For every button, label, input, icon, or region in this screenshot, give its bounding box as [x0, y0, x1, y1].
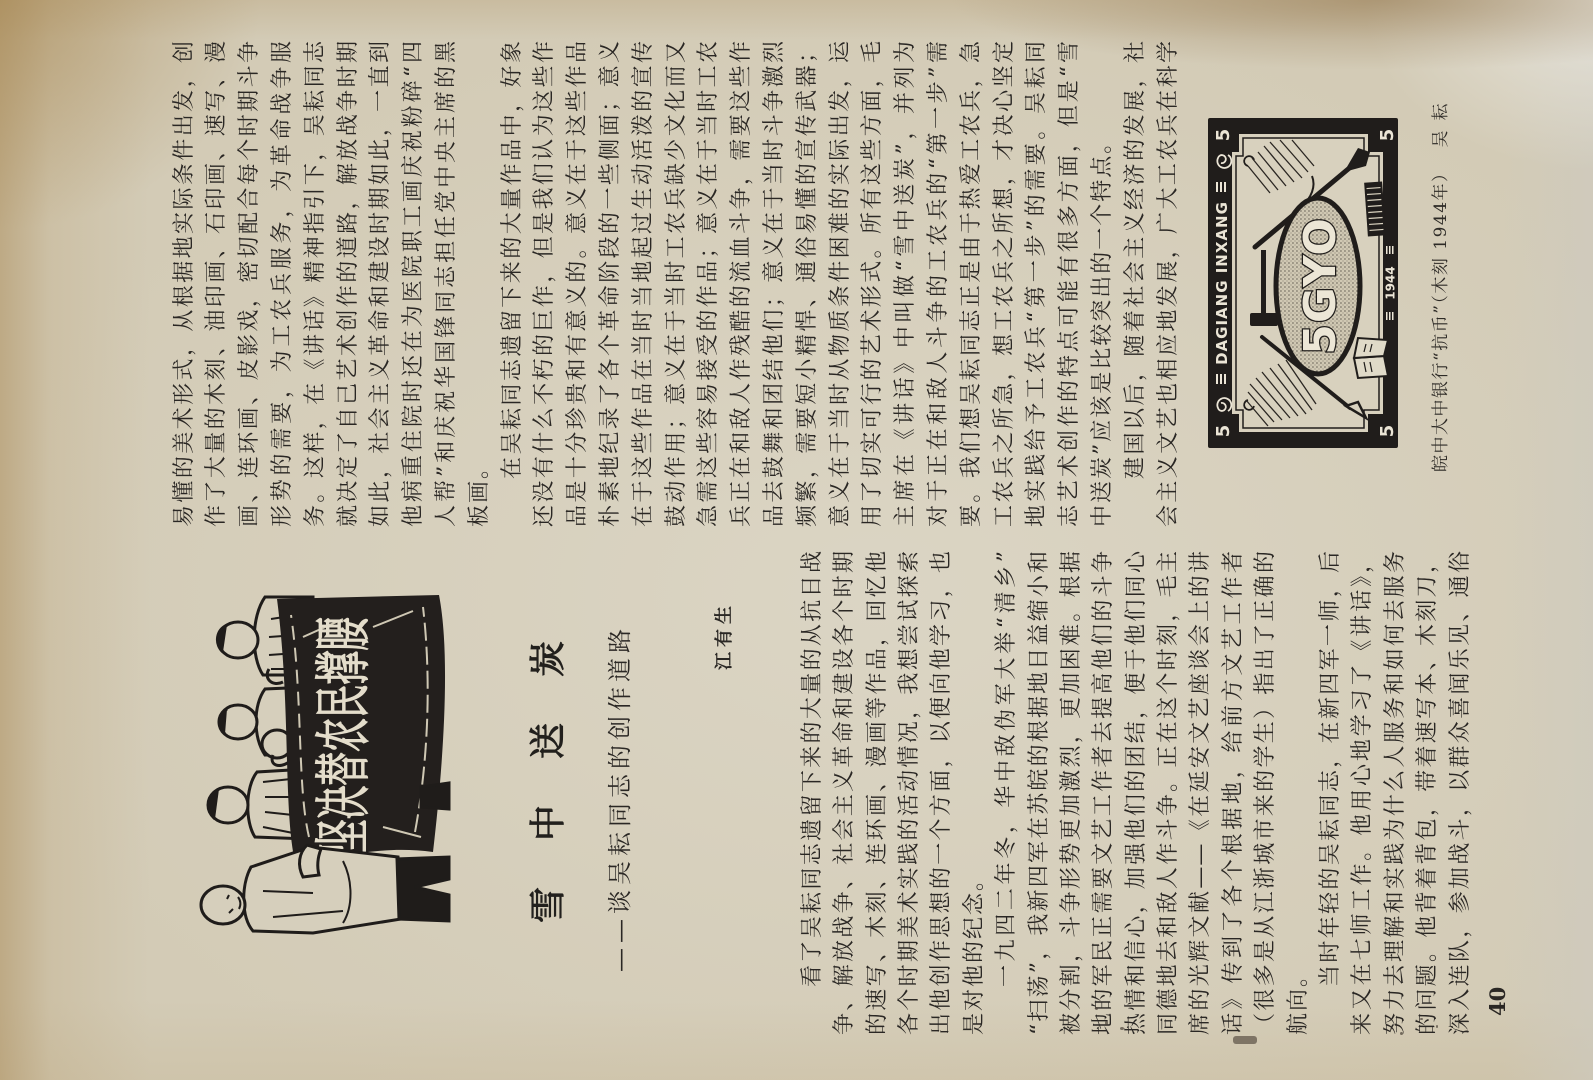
text-line: 主席在《讲话》中叫做“雪中送炭”，并列为 [890, 40, 923, 527]
banner-text: 坚决替农民撑腰 [311, 616, 377, 853]
text-line: 来又在七师工作。他用心地学习了《讲话》， [1347, 550, 1379, 1035]
text-line: 话》传到了各个根据地，给前方文艺工作者 [1218, 550, 1250, 1035]
ink-speck [1436, 1025, 1438, 1028]
text-line: “扫荡”，我新四军在苏皖的根据地日益缩小和 [1024, 550, 1056, 1035]
text-line: 争、解放战争、社会主义革命和建设各个时期 [829, 550, 861, 1035]
denomination-text: 5GYO [1295, 217, 1346, 354]
article-left-column: 看了吴耘同志遗留下来的大量的从抗日战 争、解放战争、社会主义革命和建设各个时期 … [797, 550, 1477, 1035]
page-number: 40 [1486, 987, 1510, 1016]
corner-value-top-right: 5 [1213, 129, 1234, 142]
text-line: 中送炭”应该是比较突出的一个特点。 [1087, 40, 1120, 527]
text-line: 工农兵之所急，想工农兵之所想，才决心坚定 [989, 40, 1022, 527]
text-line: 易懂的美术形式，从根据地实际条件出发，创 [169, 40, 202, 527]
text-line: 作了大量的木刻、油印画、石印画、速写、漫 [201, 40, 234, 527]
text-line: 建国以后，随着社会主义经济的发展，社 [1120, 40, 1153, 527]
article-right-column: 易懂的美术形式，从根据地实际条件出发，创 作了大量的木刻、油印画、石印画、速写、… [169, 40, 1186, 527]
paragraph: 易懂的美术形式，从根据地实际条件出发，创 作了大量的木刻、油印画、石印画、速写、… [169, 40, 497, 527]
text-line: 热情和信心，加强他们的团结，便于他们同心 [1121, 550, 1153, 1035]
text-line: 的问题。他背着背包，带着速写本、木刻刀， [1412, 550, 1444, 1035]
text-line: 地实践给予工农兵“第一步”的需要。吴耘同 [1021, 40, 1054, 527]
text-line: 鼓动作用；意义在于当时工农兵缺少文化而又 [661, 40, 694, 527]
text-line: 人帮”和庆祝华国锋同志担任党中央主席的黑 [431, 40, 464, 527]
paragraph: 看了吴耘同志遗留下来的大量的从抗日战 争、解放战争、社会主义革命和建设各个时期 … [797, 550, 991, 1035]
ink-speck [1105, 1021, 1108, 1025]
text-line: 他病重住院时还在为医院职工画庆祝粉碎“四 [398, 40, 431, 527]
text-line: 对于正在和敌人斗争的工农兵的“第一步”需 [923, 40, 956, 527]
article-subtitle: ——谈吴耘同志的创作道路 [606, 624, 634, 972]
text-line: 在吴耘同志遗留下来的大量作品中，好象 [497, 40, 530, 527]
book-icon [1354, 338, 1388, 378]
text-line: 急需这些容易接受的作品；意义在于当时工农 [693, 40, 726, 527]
corner-value-bottom-left: 5 [1377, 425, 1398, 438]
text-line: 会主义文艺也相应地发展，广大工农兵在科学 [1153, 40, 1186, 527]
ink-speck [1400, 1032, 1403, 1035]
paragraph: 当时年轻的吴耘同志，在新四军一师，后 来又在七师工作。他用心地学习了《讲话》， … [1315, 550, 1477, 1035]
figure-caption: 皖中大中银行“抗币”（木刻 1944年） 吴耘 [1430, 93, 1452, 472]
article-author: 江有生 [714, 601, 736, 670]
text-line: 兵正在和敌人作残酷的流血斗争，需要这些作 [726, 40, 759, 527]
text-line: 就决定了自己艺术创作的道路，解放战争时期 [333, 40, 366, 527]
text-line: 出他创作思想的一个方面，以便向他学习，也 [926, 550, 958, 1035]
text-line: 同德地去和敌人作斗争。正在这个时刻，毛主 [1153, 550, 1185, 1035]
text-line: 志艺术创作的特点可能有很多方面，但是“雪 [1054, 40, 1087, 527]
article-title: 雪中送炭 [529, 595, 569, 923]
text-line: 被分割，斗争形势更加激烈，更加困难。根据 [1056, 550, 1088, 1035]
caption-artist: 吴耘 [1430, 93, 1452, 147]
text-line: 频繁，需要短小精悍、通俗易懂的宣传武器； [792, 40, 825, 527]
magazine-page: 坚决替农民撑腰 雪中送炭 ——谈吴耘同志的创作道路 江有生 看了吴耘同志遗留下来… [0, 0, 1593, 1080]
text-line: 席的光辉文献——《在延安文艺座谈会上的讲 [1185, 550, 1217, 1035]
ink-speck [1095, 1007, 1098, 1010]
cartridge-belt-icon [1364, 181, 1386, 236]
text-line: 航向。 [1283, 550, 1315, 1035]
text-line: 当时年轻的吴耘同志，在新四军一师，后 [1315, 550, 1347, 1035]
text-line: 看了吴耘同志遗留下来的大量的从抗日战 [797, 550, 829, 1035]
text-line: 品是十分珍贵和有意义的。意义在于这些作品 [562, 40, 595, 527]
corner-value-top-left: 5 [1213, 425, 1234, 438]
bank-name-text: DAGIANG INXANG [1213, 201, 1231, 365]
year-text: 1944 [1384, 266, 1398, 299]
text-line: 如此，社会主义革命和建设时期如此，一直到 [365, 40, 398, 527]
text-line: 品去鼓舞和团结他们；意义在于当时斗争激烈 [759, 40, 792, 527]
ink-speck [1420, 1018, 1423, 1020]
text-line: 形势的需要，为工农兵服务，为革命战争服 [267, 40, 300, 527]
text-line: 意义在于当时从物质条件困难的实际出发，运 [825, 40, 858, 527]
currency-woodcut-illustration: 5 5 5 5 DAGIANG INXANG 1944 [1208, 118, 1398, 448]
paragraph: 建国以后，随着社会主义经济的发展，社 会主义文艺也相应地发展，广大工农兵在科学 [1120, 40, 1186, 527]
text-line: 各个时期美术实践的活动情况，我想尝试探索 [894, 550, 926, 1035]
corner-value-bottom-right: 5 [1377, 129, 1398, 142]
text-line: 是对他的纪念。 [959, 550, 991, 1035]
text-line: 深入连队，参加战斗，以群众喜闻乐见、通俗 [1445, 550, 1477, 1035]
caption-text: 皖中大中银行“抗币”（木刻 1944年） [1430, 163, 1452, 472]
text-line: 要。我们想吴耘同志正是由于热爱工农兵，急 [956, 40, 989, 527]
text-line: 朴素地纪录了各个革命阶段的一些侧面；意义 [595, 40, 628, 527]
text-line: 一九四二年冬，华中敌伪军大举“清乡” [991, 550, 1023, 1035]
text-line: 用了切实可行的艺术形式。所有这些方面，毛 [857, 40, 890, 527]
text-line: 在于这些作品在当时当地起过生动活泼的宣传 [628, 40, 661, 527]
ink-speck [1233, 1036, 1257, 1044]
text-line: 画、连环画、皮影戏，密切配合每个时期斗争 [234, 40, 267, 527]
text-line: （很多是从江浙城市来的学生）指出了正确的 [1250, 550, 1282, 1035]
banner-woodcut-illustration: 坚决替农民撑腰 [193, 592, 453, 937]
text-line: 努力去理解和实践为什么人服务和如何去服务 [1380, 550, 1412, 1035]
text-line: 务。这样，在《讲话》精神指引下，吴耘同志 [300, 40, 333, 527]
paragraph: 在吴耘同志遗留下来的大量作品中，好象 还没有什么不朽的巨作，但是我们认为这些作 … [497, 40, 1120, 527]
paragraph: 一九四二年冬，华中敌伪军大举“清乡” “扫荡”，我新四军在苏皖的根据地日益缩小和… [991, 550, 1315, 1035]
text-line: 的速写、木刻、连环画、漫画等作品，回忆他 [862, 550, 894, 1035]
ink-speck [1120, 1027, 1124, 1030]
text-line: 地的军民正需要文艺工作者去提高他们的斗争 [1088, 550, 1120, 1035]
text-line: 还没有什么不朽的巨作，但是我们认为这些作 [529, 40, 562, 527]
text-line: 板画。 [464, 40, 497, 527]
